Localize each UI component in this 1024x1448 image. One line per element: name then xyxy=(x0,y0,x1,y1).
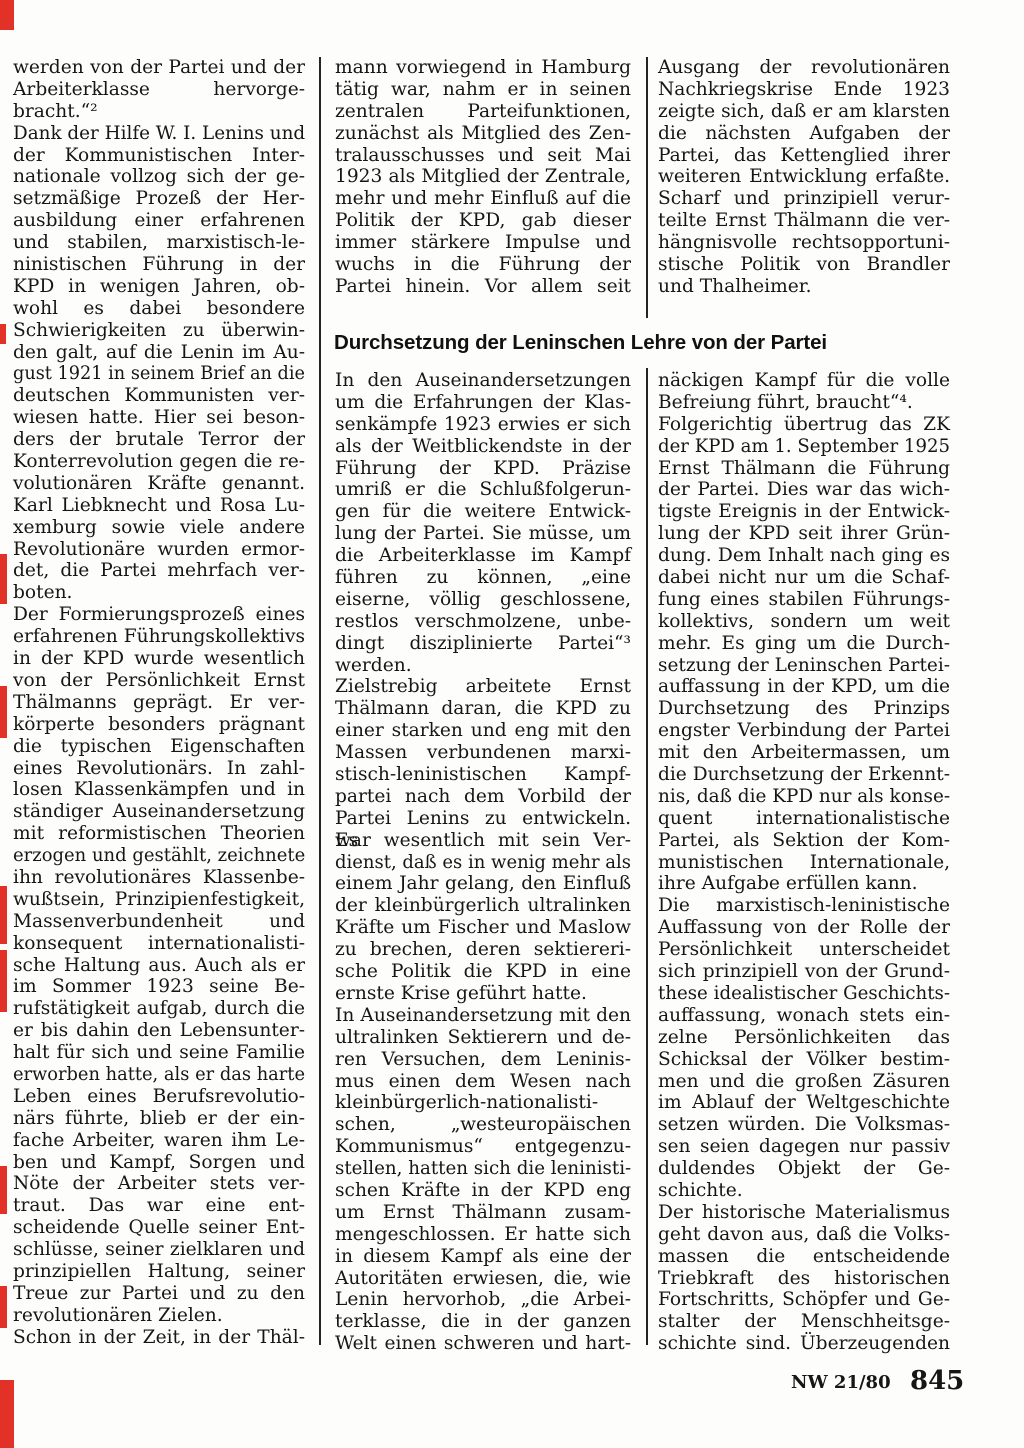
text-line: tigste Ereignis in der Entwick- xyxy=(658,501,950,523)
text-line: In den Auseinandersetzungen xyxy=(335,370,631,392)
text-line: duldendes Objekt der Ge- xyxy=(658,1158,950,1180)
text-line: ren Versuchen, dem Leninis- xyxy=(335,1049,631,1071)
text-line: Nöte der Arbeiter stets ver- xyxy=(13,1173,305,1195)
text-line: mit reformistischen Theorien xyxy=(13,823,305,845)
text-line: umriß er die Schlußfolgerun- xyxy=(335,479,631,501)
red-edge-mark xyxy=(0,324,6,344)
text-line: ständiger Auseinandersetzung xyxy=(13,801,305,823)
text-line: Dank der Hilfe W. I. Lenins und xyxy=(13,123,305,145)
text-line: wuchs in die Führung der xyxy=(335,254,631,276)
text-line: in diesem Kampf als eine der xyxy=(335,1246,631,1268)
red-edge-mark xyxy=(0,1166,7,1214)
text-line: boten. xyxy=(13,582,305,604)
text-line: hängnisvolle rechtsopportuni- xyxy=(658,232,950,254)
text-column-1: werden von der Partei und derArbeiterkla… xyxy=(13,57,305,1349)
text-line: partei nach dem Vorbild der xyxy=(335,786,631,808)
text-line: Konterrevolution gegen die re- xyxy=(13,451,305,473)
text-line: 1923 als Mitglied der Zentrale, xyxy=(335,166,631,188)
text-line: these idealistischer Geschichts- xyxy=(658,983,950,1005)
text-line: Thälmanns geprägt. Er ver- xyxy=(13,692,305,714)
text-line: war wesentlich mit sein Ver- xyxy=(335,830,631,852)
text-line: ders der brutale Terror der xyxy=(13,429,305,451)
text-line: mann vorwiegend in Hamburg xyxy=(335,57,631,79)
text-line: ultralinken Sektierern und de- xyxy=(335,1027,631,1049)
text-line: Kräfte um Fischer und Maslow xyxy=(335,917,631,939)
page-number: 845 xyxy=(910,1366,964,1396)
text-line: Kommunismus“ entgegenzu- xyxy=(335,1136,631,1158)
text-line: im Sommer 1923 seine Be- xyxy=(13,976,305,998)
text-line: Partei Lenins zu entwickeln. Es xyxy=(335,808,631,830)
text-line: Revolutionäre wurden ermor- xyxy=(13,539,305,561)
text-line: fache Arbeiter, waren ihm Le- xyxy=(13,1130,305,1152)
text-line: stalter der Menschheitsge- xyxy=(658,1311,950,1333)
red-edge-mark xyxy=(0,1380,14,1448)
text-line: er bis dahin den Lebensunter- xyxy=(13,1020,305,1042)
text-line: setzen würden. Die Volksmas- xyxy=(658,1114,950,1136)
text-line: schen, „westeuropäischen xyxy=(335,1114,631,1136)
text-line: massen die entscheidende xyxy=(658,1246,950,1268)
text-line: närs führte, blieb er der ein- xyxy=(13,1108,305,1130)
red-edge-mark xyxy=(0,1286,7,1328)
text-line: In Auseinandersetzung mit den xyxy=(335,1005,631,1027)
text-line: Autoritäten erwiesen, die, wie xyxy=(335,1268,631,1290)
text-line: dingt disziplinierte Partei“³ xyxy=(335,633,631,655)
text-line: volutionären Kräfte genannt. xyxy=(13,473,305,495)
text-line: Führung der KPD. Präzise xyxy=(335,458,631,480)
text-line: der kleinbürgerlich ultralinken xyxy=(335,895,631,917)
text-line: scheidende Quelle seiner Ent- xyxy=(13,1217,305,1239)
red-edge-mark xyxy=(0,950,7,1012)
red-edge-mark xyxy=(0,886,7,944)
text-line: auffassung, wonach stets ein- xyxy=(658,1005,950,1027)
text-line: körperte besonders prägnant xyxy=(13,714,305,736)
text-line: Ernst Thälmann die Führung xyxy=(658,458,950,480)
text-line: werden. xyxy=(335,655,631,677)
text-line: lung der Partei. Sie müsse, um xyxy=(335,523,631,545)
text-line: erworben hatte, als er das harte xyxy=(13,1064,305,1086)
text-line: Lenin hervorhob, „die Arbei- xyxy=(335,1289,631,1311)
text-line: stellen, hatten sich die leninisti- xyxy=(335,1158,631,1180)
text-line: schen Kräfte in der KPD eng xyxy=(335,1180,631,1202)
text-line: ihre Aufgabe erfüllen kann. xyxy=(658,873,950,895)
text-line: Ausgang der revolutionären xyxy=(658,57,950,79)
text-line: eines Revolutionärs. In zahl- xyxy=(13,758,305,780)
text-line: zelne Persönlichkeiten das xyxy=(658,1027,950,1049)
text-line: näckigen Kampf für die volle xyxy=(658,370,950,392)
text-line: teilte Ernst Thälmann die ver- xyxy=(658,210,950,232)
text-line: werden von der Partei und der xyxy=(13,57,305,79)
text-line: Partei hinein. Vor allem seit xyxy=(335,276,631,298)
text-line: Schon in der Zeit, in der Thäl- xyxy=(13,1327,305,1349)
text-line: die Arbeiterklasse im Kampf xyxy=(335,545,631,567)
text-line: tralausschusses und seit Mai xyxy=(335,145,631,167)
text-line: Nachkriegskrise Ende 1923 xyxy=(658,79,950,101)
text-line: auffassung in der KPD, um die xyxy=(658,676,950,698)
text-line: quent internationalistische xyxy=(658,808,950,830)
text-line: wußtsein, Prinzipienfestigkeit, xyxy=(13,889,305,911)
text-line: schichte sind. Überzeugenden xyxy=(658,1333,950,1355)
text-line: Die marxistisch-leninistische xyxy=(658,895,950,917)
text-line: traut. Das war eine ent- xyxy=(13,1195,305,1217)
text-line: weiteren Entwicklung erfaßte. xyxy=(658,166,950,188)
text-line: restlos verschmolzene, unbe- xyxy=(335,611,631,633)
text-line: Auffassung von der Rolle der xyxy=(658,917,950,939)
text-line: der Partei. Dies war das wich- xyxy=(658,479,950,501)
text-line: Partei, als Sektion der Kom- xyxy=(658,830,950,852)
text-line: ninistischen Führung in der xyxy=(13,254,305,276)
text-line: kleinbürgerlich-nationalisti- xyxy=(335,1092,631,1114)
column-divider-right-top xyxy=(646,57,648,318)
text-line: mit den Arbeitermassen, um xyxy=(658,742,950,764)
text-line: revolutionären Zielen. xyxy=(13,1305,305,1327)
text-line: ben und Kampf, Sorgen und xyxy=(13,1152,305,1174)
red-edge-mark xyxy=(0,686,7,738)
text-line: einem Jahr gelang, den Einfluß xyxy=(335,873,631,895)
text-line: die Durchsetzung der Erkennt- xyxy=(658,764,950,786)
scanned-page: werden von der Partei und derArbeiterkla… xyxy=(0,0,1024,1448)
text-line: munistischen Internationale, xyxy=(658,852,950,874)
text-line: det, die Partei mehrfach ver- xyxy=(13,560,305,582)
text-line: bracht.“² xyxy=(13,101,305,123)
text-line: nis, daß die KPD nur als konse- xyxy=(658,786,950,808)
text-line: führen zu können, „eine xyxy=(335,567,631,589)
text-line: sche Haltung aus. Auch als er xyxy=(13,955,305,977)
text-line: zentralen Parteifunktionen, xyxy=(335,101,631,123)
text-line: KPD in wenigen Jahren, ob- xyxy=(13,276,305,298)
text-line: Schwierigkeiten zu überwin- xyxy=(13,320,305,342)
text-line: Thälmann daran, die KPD zu xyxy=(335,698,631,720)
text-line: die typischen Eigenschaften xyxy=(13,736,305,758)
text-line: um die Erfahrungen der Klas- xyxy=(335,392,631,414)
text-line: konsequent internationalisti- xyxy=(13,933,305,955)
text-line: Der Formierungsprozeß eines xyxy=(13,604,305,626)
text-line: dabei nicht nur um die Schaf- xyxy=(658,567,950,589)
text-line: Zielstrebig arbeitete Ernst xyxy=(335,676,631,698)
text-line: stische Politik von Brandler xyxy=(658,254,950,276)
text-line: Massenverbundenheit und xyxy=(13,911,305,933)
text-line: Befreiung führt, braucht“⁴. xyxy=(658,392,950,414)
text-line: von der Persönlichkeit Ernst xyxy=(13,670,305,692)
text-line: die nächsten Aufgaben der xyxy=(658,123,950,145)
text-line: um Ernst Thälmann zusam- xyxy=(335,1202,631,1224)
text-line: stisch-leninistischen Kampf- xyxy=(335,764,631,786)
text-line: men und die großen Zäsuren xyxy=(658,1071,950,1093)
text-line: einer starken und eng mit den xyxy=(335,720,631,742)
text-line: den galt, auf die Lenin im Au- xyxy=(13,342,305,364)
text-line: mehr und mehr Einfluß auf die xyxy=(335,188,631,210)
text-line: setzmäßige Prozeß der Her- xyxy=(13,188,305,210)
text-line: sen seien dagegen nur passiv xyxy=(658,1136,950,1158)
text-line: tätig war, nahm er in seinen xyxy=(335,79,631,101)
text-line: Treue zur Partei und zu den xyxy=(13,1283,305,1305)
text-line: dung. Dem Inhalt nach ging es xyxy=(658,545,950,567)
text-line: Triebkraft des historischen xyxy=(658,1268,950,1290)
text-line: engster Verbindung der Partei xyxy=(658,720,950,742)
text-line: deutschen Kommunisten ver- xyxy=(13,385,305,407)
text-line: der KPD am 1. September 1925 xyxy=(658,436,950,458)
section-heading: Durchsetzung der Leninschen Lehre von de… xyxy=(334,331,827,355)
text-line: mus einen dem Wesen nach xyxy=(335,1071,631,1093)
text-line: halt für sich und seine Familie xyxy=(13,1042,305,1064)
text-line: immer stärkere Impulse und xyxy=(335,232,631,254)
text-line: rufstätigkeit aufgab, durch die xyxy=(13,998,305,1020)
text-line: Welt einen schweren und hart- xyxy=(335,1333,631,1355)
text-line: Folgerichtig übertrug das ZK xyxy=(658,414,950,436)
text-line: Arbeiterklasse hervorge- xyxy=(13,79,305,101)
text-line: Massen verbundenen marxi- xyxy=(335,742,631,764)
text-line: Schicksal der Völker bestim- xyxy=(658,1049,950,1071)
text-line: gust 1921 in seinem Brief an die xyxy=(13,363,305,385)
text-line: fung eines stabilen Führungs- xyxy=(658,589,950,611)
text-line: Durchsetzung des Prinzips xyxy=(658,698,950,720)
text-line: Fortschritts, Schöpfer und Ge- xyxy=(658,1289,950,1311)
text-column-3-lower: näckigen Kampf für die volleBefreiung fü… xyxy=(658,370,950,1355)
text-line: im Ablauf der Weltgeschichte xyxy=(658,1092,950,1114)
column-divider-right-bottom xyxy=(646,368,648,1345)
text-line: ihn revolutionäres Klassenbe- xyxy=(13,867,305,889)
text-line: zunächst als Mitglied des Zen- xyxy=(335,123,631,145)
text-line: gen für die weitere Entwick- xyxy=(335,501,631,523)
text-line: setzung der Leninschen Partei- xyxy=(658,655,950,677)
text-line: Partei, das Kettenglied ihrer xyxy=(658,145,950,167)
text-line: lung der KPD seit ihrer Grün- xyxy=(658,523,950,545)
text-line: dienst, daß es in wenig mehr als xyxy=(335,852,631,874)
text-line: Politik der KPD, gab dieser xyxy=(335,210,631,232)
text-line: Der historische Materialismus xyxy=(658,1202,950,1224)
text-line: mehr. Es ging um die Durch- xyxy=(658,633,950,655)
text-line: Karl Liebknecht und Rosa Lu- xyxy=(13,495,305,517)
text-line: xemburg sowie viele andere xyxy=(13,517,305,539)
text-line: sche Politik die KPD in eine xyxy=(335,961,631,983)
text-line: mengeschlossen. Er hatte sich xyxy=(335,1224,631,1246)
text-line: losen Klassenkämpfen und in xyxy=(13,779,305,801)
text-line: terklasse, die in der ganzen xyxy=(335,1311,631,1333)
text-line: zu brechen, deren sektiereri- xyxy=(335,939,631,961)
journal-issue-reference: NW 21/80 xyxy=(791,1372,891,1393)
text-line: Scharf und prinzipiell verur- xyxy=(658,188,950,210)
text-line: zeigte sich, daß er am klarsten xyxy=(658,101,950,123)
text-line: Persönlichkeit unterscheidet xyxy=(658,939,950,961)
text-line: ausbildung einer erfahrenen xyxy=(13,210,305,232)
text-line: erzogen und gestählt, zeichnete xyxy=(13,845,305,867)
red-edge-mark xyxy=(0,554,7,604)
text-column-2-upper: mann vorwiegend in Hamburgtätig war, nah… xyxy=(335,57,631,298)
text-line: sich prinzipiell von der Grund- xyxy=(658,961,950,983)
text-line: in der KPD wurde wesentlich xyxy=(13,648,305,670)
text-column-2-lower: In den Auseinandersetzungenum die Erfahr… xyxy=(335,370,631,1355)
text-line: erfahrenen Führungskollektivs xyxy=(13,626,305,648)
text-line: Leben eines Berufsrevolutio- xyxy=(13,1086,305,1108)
text-line: schichte. xyxy=(658,1180,950,1202)
text-line: wiesen hatte. Hier sei beson- xyxy=(13,407,305,429)
text-line: eiserne, völlig geschlossene, xyxy=(335,589,631,611)
red-edge-mark xyxy=(0,0,14,30)
text-line: schlüsse, seiner zielklaren und xyxy=(13,1239,305,1261)
text-line: und stabilen, marxistisch-le- xyxy=(13,232,305,254)
text-line: senkämpfe 1923 erwies er sich xyxy=(335,414,631,436)
text-line: ernste Krise geführt hatte. xyxy=(335,983,631,1005)
text-line: prinzipiellen Haltung, seiner xyxy=(13,1261,305,1283)
text-line: und Thalheimer. xyxy=(658,276,950,298)
column-divider-left xyxy=(319,57,321,1345)
text-line: der Kommunistischen Inter- xyxy=(13,145,305,167)
text-line: geht davon aus, daß die Volks- xyxy=(658,1224,950,1246)
text-line: kollektivs, sondern um weit xyxy=(658,611,950,633)
text-column-3-upper: Ausgang der revolutionärenNachkriegskris… xyxy=(658,57,950,298)
text-line: nationale vollzog sich der ge- xyxy=(13,166,305,188)
text-line: wohl es dabei besondere xyxy=(13,298,305,320)
text-line: als der Weitblickendste in der xyxy=(335,436,631,458)
